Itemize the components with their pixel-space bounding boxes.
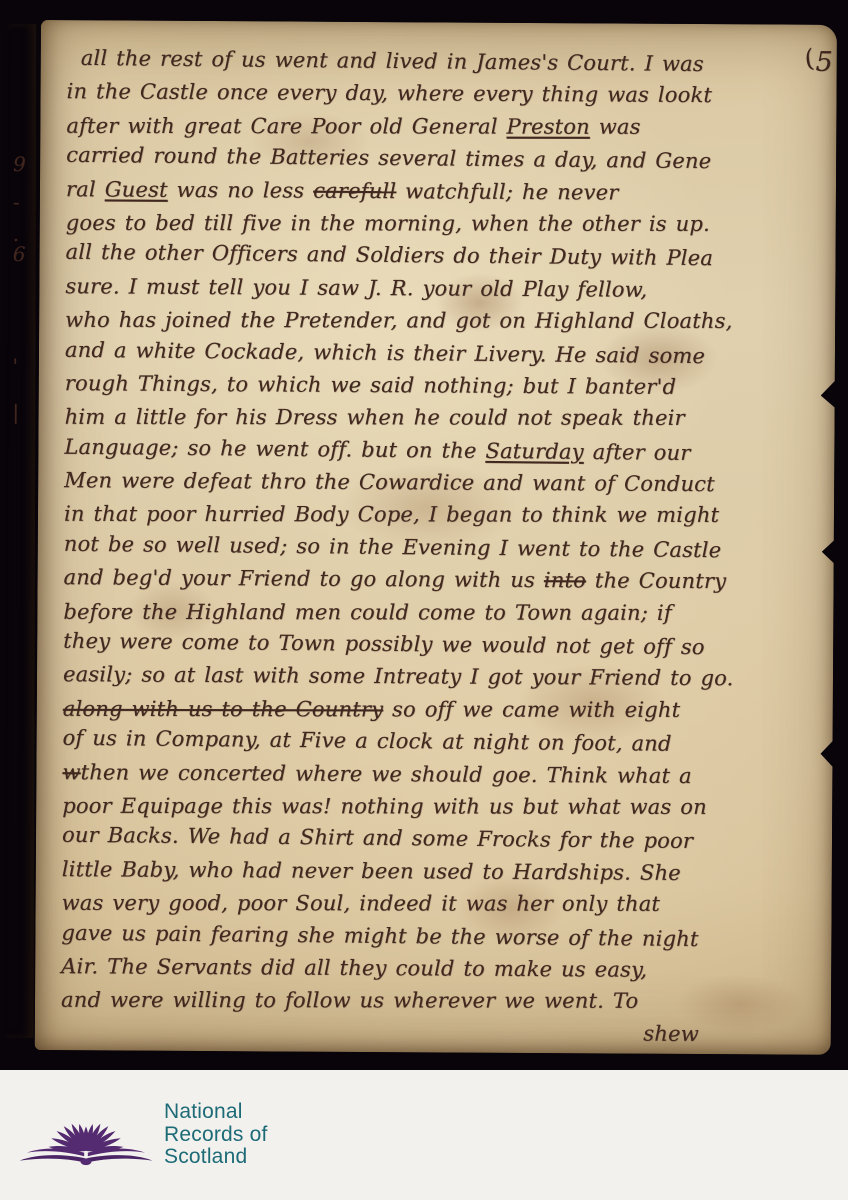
page-tear: [821, 377, 839, 411]
manuscript-words: in that poor hurried Body Cope, I began …: [64, 502, 719, 527]
logo-wordmark: National Records of Scotland: [164, 1101, 268, 1169]
manuscript-line: and were willing to follow us wherever w…: [61, 984, 817, 1018]
logo-line-3: Scotland: [164, 1146, 268, 1169]
manuscript-words: who has joined the Pretender, and got on…: [65, 308, 732, 333]
national-records-of-scotland-logo: National Records of Scotland: [16, 1082, 268, 1188]
manuscript-words: rough Things, to which we said nothing; …: [65, 371, 677, 399]
manuscript-line: in the Castle once every day, where ever…: [66, 76, 822, 113]
manuscript-line: and a white Cockade, which is their Live…: [65, 333, 821, 373]
manuscript-line: goes to bed till five in the morning, wh…: [66, 207, 822, 241]
manuscript-words: poor Equipage this was! nothing with us …: [62, 794, 707, 819]
logo-line-2: Records of: [164, 1124, 268, 1147]
manuscript-words: goes to bed till five in the morning, wh…: [66, 211, 710, 236]
manuscript-strike-words: carefull: [313, 178, 396, 203]
manuscript-words: watchfull; he never: [396, 179, 618, 204]
manuscript-line: who has joined the Pretender, and got on…: [65, 304, 821, 338]
manuscript-words: the Country: [586, 569, 726, 594]
manuscript-words: ral: [66, 177, 105, 201]
manuscript-line: little Baby, who had never been used to …: [62, 853, 818, 890]
margin-fragment: 6: [13, 242, 26, 266]
manuscript-line: poor Equipage this was! nothing with us …: [62, 790, 818, 824]
manuscript-words: was very good, poor Soul, indeed it was …: [62, 891, 660, 916]
manuscript-line: before the Highland men could come to To…: [63, 595, 819, 629]
manuscript-words: gave us pain fearing she might be the wo…: [61, 920, 698, 950]
manuscript-line: rough Things, to which we said nothing; …: [65, 367, 821, 404]
manuscript-line: along with us to the Country so off we c…: [63, 693, 819, 727]
margin-fragment: ': [12, 354, 18, 378]
manuscript-strike-words: along with us to the Country: [63, 697, 383, 722]
manuscript-line: him a little for his Dress when he could…: [65, 401, 821, 435]
manuscript-words: our Backs. We had a Shirt and some Frock…: [62, 823, 693, 853]
manuscript-line: easily; so at last with some Intreaty I …: [63, 659, 819, 696]
manuscript-words: easily; so at last with some Intreaty I …: [63, 663, 734, 691]
manuscript-words: little Baby, who had never been used to …: [62, 857, 681, 885]
manuscript-words: not be so well used; so in the Evening I…: [64, 532, 722, 563]
logo-line-1: National: [164, 1101, 268, 1124]
book-thistle-icon: [16, 1090, 156, 1180]
manuscript-page: (5 all the rest of us went and lived in …: [35, 20, 837, 1055]
manuscript-line: in that poor hurried Body Cope, I began …: [64, 498, 820, 532]
manuscript-line: gave us pain fearing she might be the wo…: [61, 916, 817, 956]
manuscript-words: and beg'd your Friend to go along with u…: [64, 565, 544, 592]
page-tear: [820, 737, 836, 771]
manuscript-line: ral Guest was no less carefull watchfull…: [66, 173, 822, 210]
manuscript-words: Air. The Servants did all they could to …: [61, 954, 647, 982]
manuscript-words: in the Castle once every day, where ever…: [66, 80, 712, 108]
manuscript-words: Men were defeat thro the Cowardice and w…: [64, 468, 715, 496]
catchword: shew: [61, 1013, 817, 1051]
manuscript-words: sure. I must tell you I saw J. R. your o…: [65, 274, 647, 302]
margin-fragment: 9: [13, 152, 26, 176]
manuscript-line: was very good, poor Soul, indeed it was …: [62, 887, 818, 921]
manuscript-words: after our: [584, 440, 691, 465]
margin-fragment: -: [13, 190, 20, 214]
manuscript-words: carried round the Batteries several time…: [66, 143, 711, 173]
manuscript-line: Men were defeat thro the Cowardice and w…: [64, 464, 820, 501]
manuscript-line: after with great Care Poor old General P…: [66, 110, 822, 144]
manuscript-strike-words: into: [544, 568, 586, 592]
manuscript-words: they were come to Town possibly we would…: [63, 629, 705, 659]
manuscript-line: wthen we concerted where we should goe. …: [62, 756, 818, 793]
manuscript-underline-words: Saturday: [485, 439, 584, 464]
manuscript-photo: 9-.6'| (5 all the rest of us went and li…: [0, 0, 848, 1070]
manuscript-words: all the other Officers and Soldiers do t…: [65, 240, 713, 270]
manuscript-line: and beg'd your Friend to go along with u…: [63, 561, 819, 598]
margin-fragment: |: [12, 400, 19, 424]
page-tear: [822, 537, 838, 567]
manuscript-words: and were willing to follow us wherever w…: [61, 988, 638, 1013]
manuscript-words: was no less: [168, 177, 314, 202]
manuscript-line: sure. I must tell you I saw J. R. your o…: [65, 270, 821, 307]
manuscript-line: Air. The Servants did all they could to …: [61, 950, 817, 987]
manuscript-words: of us in Company, at Five a clock at nig…: [62, 726, 671, 756]
manuscript-words: was: [590, 115, 641, 139]
manuscript-words: then we concerted where we should goe. T…: [81, 760, 692, 788]
manuscript-text: all the rest of us went and lived in Jam…: [61, 43, 823, 1049]
manuscript-words: after with great Care Poor old General: [66, 114, 506, 139]
facing-page-edge: 9-.6'|: [5, 24, 37, 1038]
manuscript-words: Language; so he went off. but on the: [64, 434, 485, 462]
manuscript-underline-words: Preston: [506, 114, 589, 138]
manuscript-underline-words: Guest: [105, 177, 168, 201]
manuscript-words: all the rest of us went and lived in Jam…: [81, 46, 704, 76]
manuscript-strike-words: w: [62, 760, 80, 784]
manuscript-words: and a white Cockade, which is their Live…: [65, 337, 705, 367]
footer-band: National Records of Scotland: [0, 1070, 848, 1200]
manuscript-words: him a little for his Dress when he could…: [65, 405, 685, 430]
manuscript-words: before the Highland men could come to To…: [63, 599, 671, 624]
manuscript-words: so off we came with eight: [383, 697, 680, 722]
